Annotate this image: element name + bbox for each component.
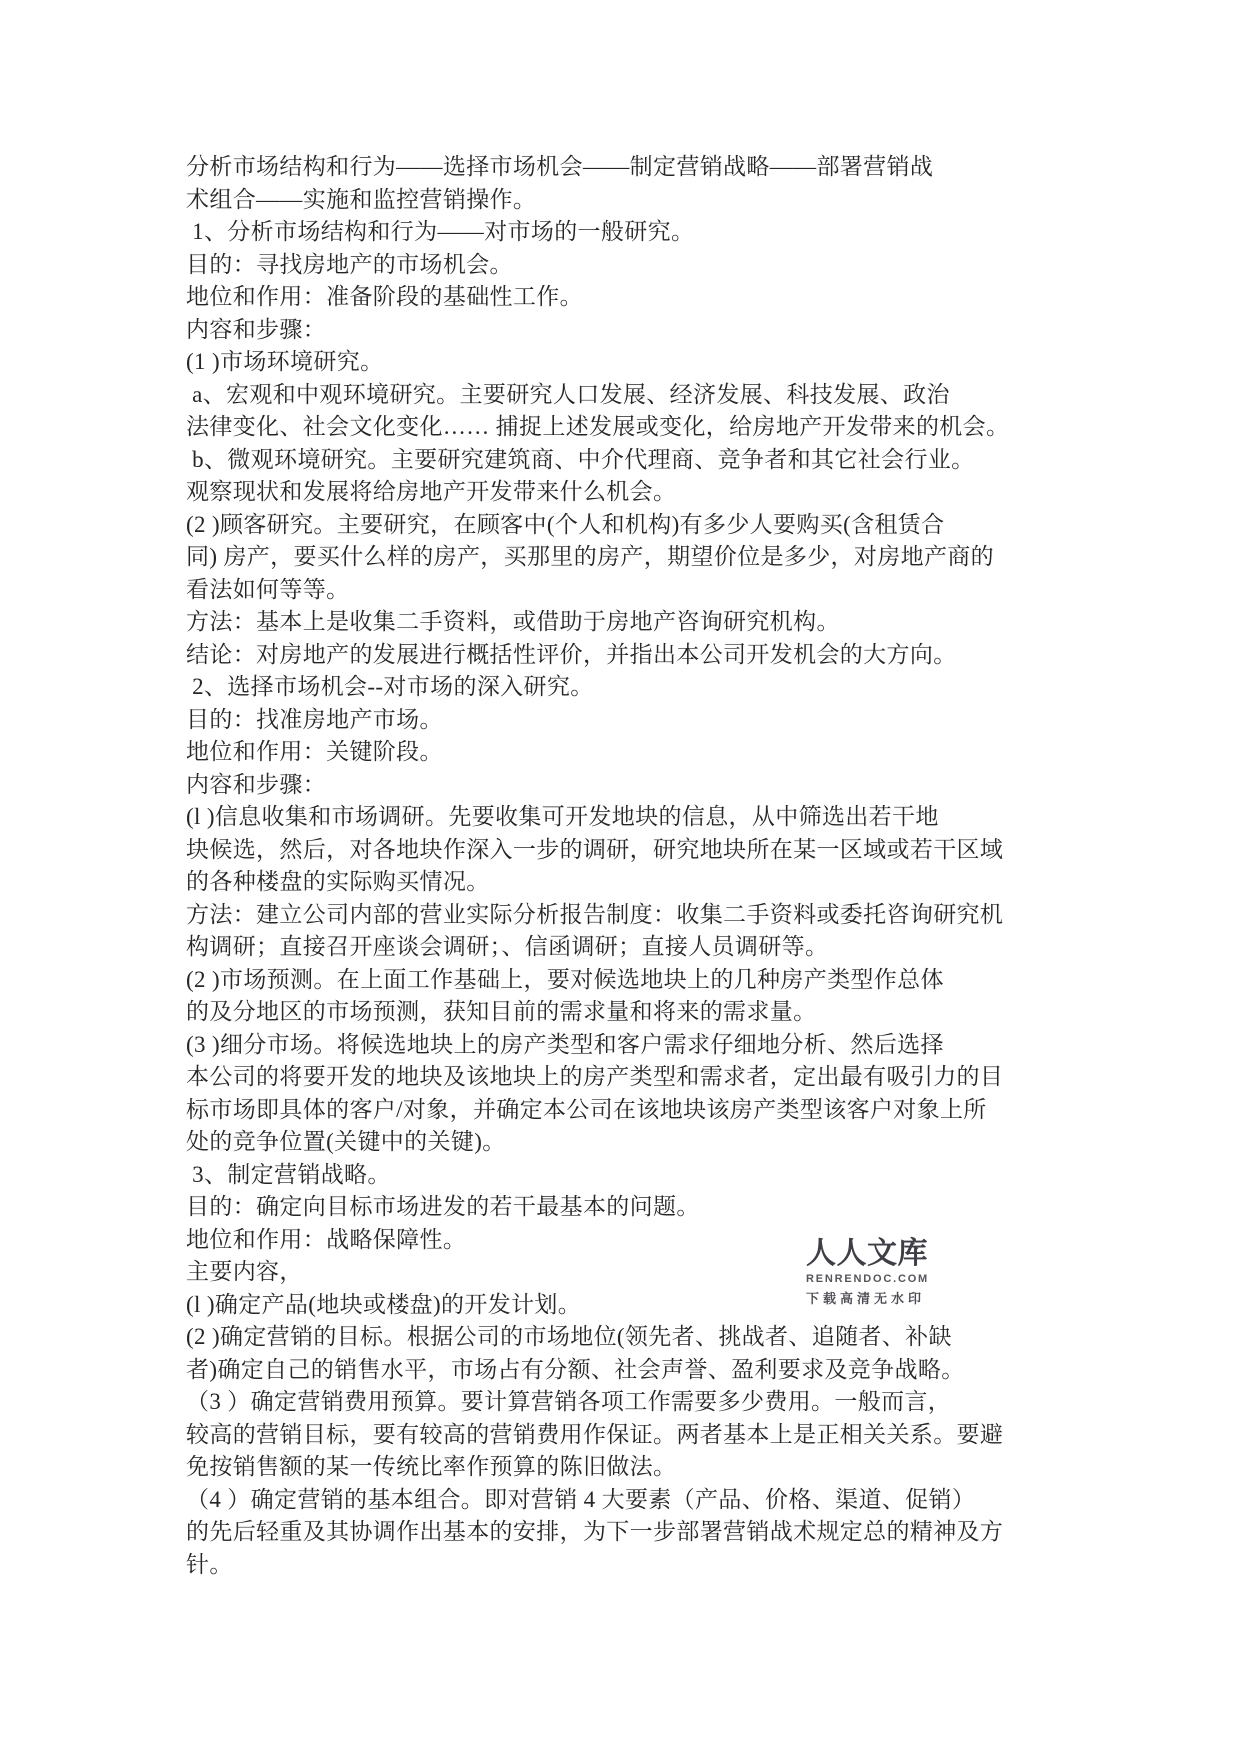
watermark-tagline: 下载高清无水印 — [806, 1288, 946, 1307]
text-line: 结论：对房地产的发展进行概括性评价，并指出本公司开发机会的大方向。 — [186, 639, 1066, 672]
text-line: （3 ）确定营销费用预算。要计算营销各项工作需要多少费用。一般而言， — [186, 1386, 1066, 1419]
text-line: (l )信息收集和市场调研。先要收集可开发地块的信息，从中筛选出若干地 — [186, 801, 1066, 834]
watermark-domain: RENRENDOC.COM — [806, 1273, 946, 1285]
text-line: 观察现状和发展将给房地产开发带来什么机会。 — [186, 476, 1066, 509]
text-line: 分析市场结构和行为——选择市场机会——制定营销战略——部署营销战 — [186, 151, 1066, 184]
text-line: 地位和作用：关键阶段。 — [186, 736, 1066, 769]
document-page: 分析市场结构和行为——选择市场机会——制定营销战略——部署营销战术组合——实施和… — [0, 0, 1240, 1753]
text-line: (2 )确定营销的目标。根据公司的市场地位(领先者、挑战者、追随者、补缺 — [186, 1321, 1066, 1354]
text-line: 块候选，然后，对各地块作深入一步的调研，研究地块所在某一区域或若干区域 — [186, 834, 1066, 867]
text-line: (3 )细分市场。将候选地块上的房产类型和客户需求仔细地分析、然后选择 — [186, 1029, 1066, 1062]
text-line: 构调研；直接召开座谈会调研；、信函调研；直接人员调研等。 — [186, 931, 1066, 964]
text-line: 的各种楼盘的实际购买情况。 — [186, 866, 1066, 899]
text-line: 地位和作用：准备阶段的基础性工作。 — [186, 281, 1066, 314]
text-line: (2 )市场预测。在上面工作基础上，要对候选地块上的几种房产类型作总体 — [186, 964, 1066, 997]
text-line: (1 )市场环境研究。 — [186, 346, 1066, 379]
text-line: 免按销售额的某一传统比率作预算的陈旧做法。 — [186, 1451, 1066, 1484]
text-line: 1、分析市场结构和行为——对市场的一般研究。 — [186, 216, 1066, 249]
text-line: 3、制定营销战略。 — [186, 1159, 1066, 1192]
document-body: 分析市场结构和行为——选择市场机会——制定营销战略——部署营销战术组合——实施和… — [186, 151, 1066, 1581]
text-line: 较高的营销目标，要有较高的营销费用作保证。两者基本上是正相关关系。要避 — [186, 1419, 1066, 1452]
text-line: 处的竞争位置(关键中的关键)。 — [186, 1126, 1066, 1159]
text-line: 目的：找准房地产市场。 — [186, 704, 1066, 737]
text-line: 同) 房产，要买什么样的房产，买那里的房产，期望价位是多少，对房地产商的 — [186, 541, 1066, 574]
text-line: 看法如何等等。 — [186, 574, 1066, 607]
text-line: a、宏观和中观环境研究。主要研究人口发展、经济发展、科技发展、政治 — [186, 379, 1066, 412]
text-line: 方法：基本上是收集二手资料，或借助于房地产咨询研究机构。 — [186, 606, 1066, 639]
text-line: （4 ）确定营销的基本组合。即对营销 4 大要素（产品、价格、渠道、促销） — [186, 1484, 1066, 1517]
text-line: 法律变化、社会文化变化…… 捕捉上述发展或变化，给房地产开发带来的机会。 — [186, 411, 1066, 444]
text-line: 术组合——实施和监控营销操作。 — [186, 184, 1066, 217]
watermark: 人人文库 RENRENDOC.COM 下载高清无水印 — [806, 1237, 946, 1307]
text-line: 的及分地区的市场预测，获知目前的需求量和将来的需求量。 — [186, 996, 1066, 1029]
text-line: 方法：建立公司内部的营业实际分析报告制度：收集二手资料或委托咨询研究机 — [186, 899, 1066, 932]
text-line: 2、选择市场机会--对市场的深入研究。 — [186, 671, 1066, 704]
text-line: 的先后轻重及其协调作出基本的安排，为下一步部署营销战术规定总的精神及方 — [186, 1516, 1066, 1549]
text-line: 本公司的将要开发的地块及该地块上的房产类型和需求者，定出最有吸引力的目 — [186, 1061, 1066, 1094]
text-line: b、微观环境研究。主要研究建筑商、中介代理商、竞争者和其它社会行业。 — [186, 444, 1066, 477]
text-line: 内容和步骤： — [186, 314, 1066, 347]
text-line: 针。 — [186, 1549, 1066, 1582]
text-line: 标市场即具体的客户/对象，并确定本公司在该地块该房产类型该客户对象上所 — [186, 1094, 1066, 1127]
text-line: (2 )顾客研究。主要研究，在顾客中(个人和机构)有多少人要购买(含租赁合 — [186, 509, 1066, 542]
text-line: 目的：寻找房地产的市场机会。 — [186, 249, 1066, 282]
watermark-logo-text: 人人文库 — [806, 1237, 946, 1271]
text-line: 目的：确定向目标市场进发的若干最基本的问题。 — [186, 1191, 1066, 1224]
text-line: 者)确定自己的销售水平，市场占有分额、社会声誉、盈利要求及竞争战略。 — [186, 1354, 1066, 1387]
text-line: 内容和步骤： — [186, 769, 1066, 802]
